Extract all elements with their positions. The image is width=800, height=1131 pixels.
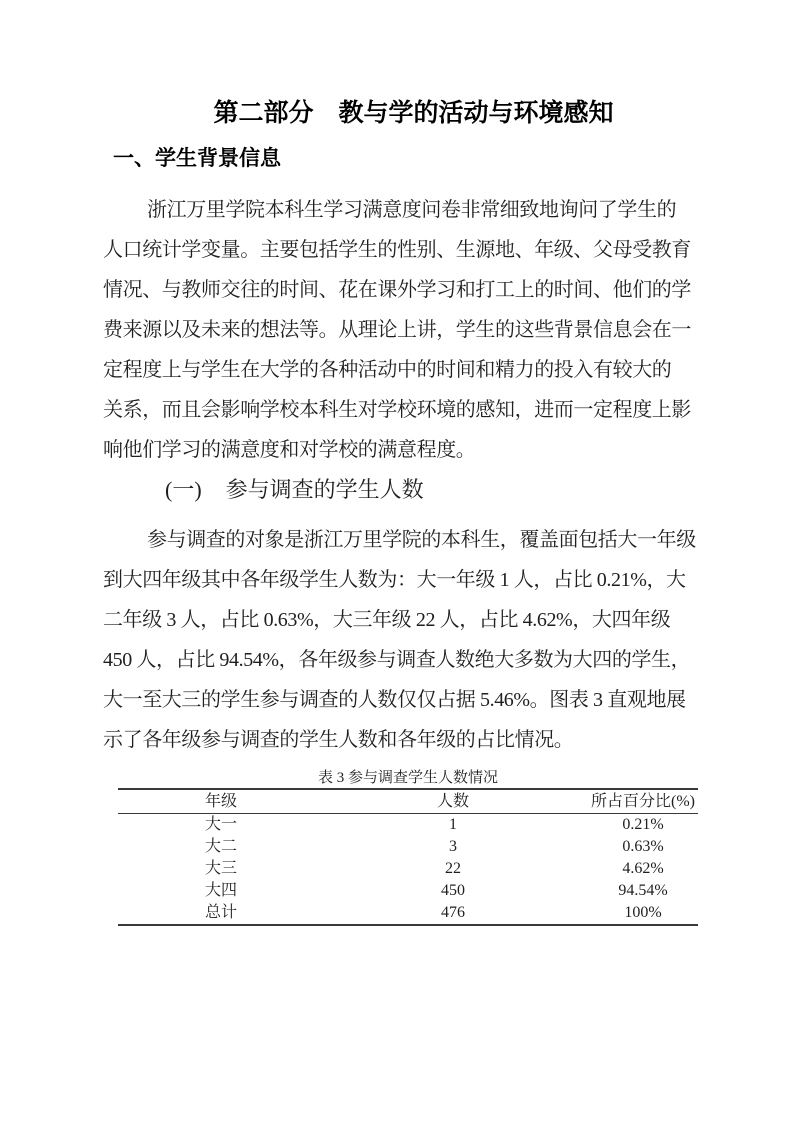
table-row: 大四 450 94.54% — [118, 880, 698, 902]
cell-grade: 大一 — [118, 814, 318, 837]
cell-count: 476 — [318, 902, 588, 925]
paragraph-line: 参与调查的对象是浙江万里学院的本科生，覆盖面包括大一年级 — [103, 520, 690, 560]
cell-count: 3 — [318, 836, 588, 858]
paragraph-line: 定程度上与学生在大学的各种活动中的时间和精力的投入有较大的 — [103, 350, 690, 390]
document-page: 第二部分 教与学的活动与环境感知 一、学生背景信息 浙江万里学院本科生学习满意度… — [103, 0, 690, 926]
cell-percent: 0.63% — [588, 836, 698, 858]
table-row-total: 总计 476 100% — [118, 902, 698, 925]
table-row: 大一 1 0.21% — [118, 814, 698, 837]
paragraph-line: 450 人，占比 94.54%，各年级参与调查人数绝大多数为大四的学生， — [103, 640, 690, 680]
column-header-count: 人数 — [318, 789, 588, 814]
paragraph-line: 响他们学习的满意度和对学校的满意程度。 — [103, 430, 690, 470]
paragraph-line: 浙江万里学院本科生学习满意度问卷非常细致地询问了学生的 — [103, 190, 690, 230]
cell-percent: 94.54% — [588, 880, 698, 902]
table-block: 表 3 参与调查学生人数情况 年级 人数 所占百分比(%) 大一 1 0.21%… — [118, 768, 698, 926]
cell-grade: 大二 — [118, 836, 318, 858]
paragraph-line: 人口统计学变量。主要包括学生的性别、生源地、年级、父母受教育 — [103, 230, 690, 270]
cell-percent: 0.21% — [588, 814, 698, 837]
paragraph-line: 关系，而且会影响学校本科生对学校环境的感知，进而一定程度上影 — [103, 390, 690, 430]
table-caption: 表 3 参与调查学生人数情况 — [118, 768, 698, 788]
paragraph-line: 情况、与教师交往的时间、花在课外学习和打工上的时间、他们的学 — [103, 270, 690, 310]
paragraph-line: 到大四年级其中各年级学生人数为：大一年级 1 人，占比 0.21%，大 — [103, 560, 690, 600]
document-title: 第二部分 教与学的活动与环境感知 — [103, 98, 690, 128]
subsection-title: 参与调查的学生人数 — [226, 477, 424, 502]
subsection-number: (一) — [165, 477, 202, 502]
table-row: 大二 3 0.63% — [118, 836, 698, 858]
cell-count: 1 — [318, 814, 588, 837]
cell-grade: 大四 — [118, 880, 318, 902]
table-header-row: 年级 人数 所占百分比(%) — [118, 789, 698, 814]
cell-count: 450 — [318, 880, 588, 902]
column-header-grade: 年级 — [118, 789, 318, 814]
survey-count-table: 年级 人数 所占百分比(%) 大一 1 0.21% 大二 3 0.63% 大三 — [118, 788, 698, 926]
section-heading: 一、学生背景信息 — [113, 146, 690, 172]
cell-percent: 100% — [588, 902, 698, 925]
cell-count: 22 — [318, 858, 588, 880]
subsection-heading: (一)参与调查的学生人数 — [103, 470, 690, 510]
paragraph-line: 示了各年级参与调查的学生人数和各年级的占比情况。 — [103, 720, 690, 760]
paragraph-line: 费来源以及未来的想法等。从理论上讲，学生的这些背景信息会在一 — [103, 310, 690, 350]
paragraph-survey-counts: 参与调查的对象是浙江万里学院的本科生，覆盖面包括大一年级 到大四年级其中各年级学… — [103, 520, 690, 760]
table-row: 大三 22 4.62% — [118, 858, 698, 880]
paragraph-student-background: 浙江万里学院本科生学习满意度问卷非常细致地询问了学生的 人口统计学变量。主要包括… — [103, 190, 690, 470]
cell-grade: 总计 — [118, 902, 318, 925]
cell-percent: 4.62% — [588, 858, 698, 880]
paragraph-line: 二年级 3 人，占比 0.63%，大三年级 22 人，占比 4.62%，大四年级 — [103, 600, 690, 640]
column-header-percent: 所占百分比(%) — [588, 789, 698, 814]
cell-grade: 大三 — [118, 858, 318, 880]
paragraph-line: 大一至大三的学生参与调查的人数仅仅占据 5.46%。图表 3 直观地展 — [103, 680, 690, 720]
